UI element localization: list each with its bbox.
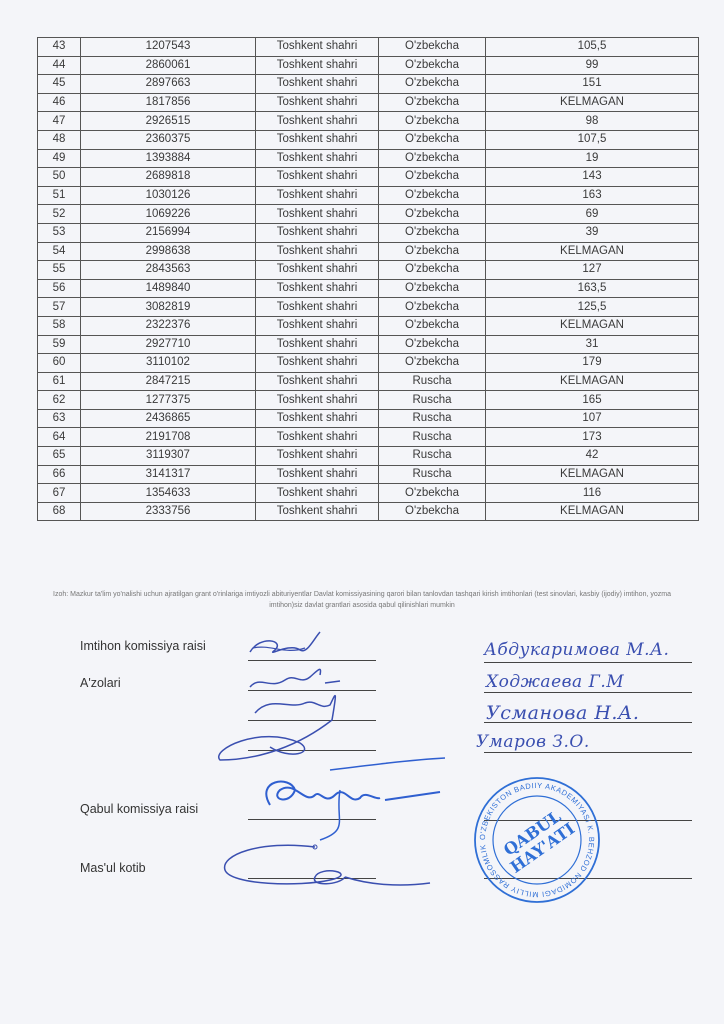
applicant-id-cell: 2322376	[81, 316, 256, 335]
applicant-id-cell: 1817856	[81, 93, 256, 112]
row-number-cell: 59	[38, 335, 81, 354]
language-cell: Ruscha	[379, 447, 486, 466]
language-cell: O'zbekcha	[379, 130, 486, 149]
row-number-cell: 57	[38, 298, 81, 317]
table-row: 542998638Toshkent shahriO'zbekchaKELMAGA…	[38, 242, 699, 261]
score-cell: 143	[486, 168, 699, 187]
region-cell: Toshkent shahri	[256, 335, 379, 354]
region-cell: Toshkent shahri	[256, 130, 379, 149]
region-cell: Toshkent shahri	[256, 93, 379, 112]
score-cell: KELMAGAN	[486, 93, 699, 112]
region-cell: Toshkent shahri	[256, 279, 379, 298]
score-cell: 127	[486, 261, 699, 280]
name-line	[484, 752, 692, 753]
region-cell: Toshkent shahri	[256, 168, 379, 187]
row-number-cell: 52	[38, 205, 81, 224]
table-row: 442860061Toshkent shahriO'zbekcha99	[38, 56, 699, 75]
language-cell: Ruscha	[379, 409, 486, 428]
region-cell: Toshkent shahri	[256, 354, 379, 373]
language-cell: O'zbekcha	[379, 279, 486, 298]
region-cell: Toshkent shahri	[256, 205, 379, 224]
score-cell: 163	[486, 186, 699, 205]
row-number-cell: 64	[38, 428, 81, 447]
language-cell: O'zbekcha	[379, 354, 486, 373]
handwritten-name: Ходжаева Г.М	[486, 672, 624, 692]
score-cell: KELMAGAN	[486, 465, 699, 484]
language-cell: O'zbekcha	[379, 168, 486, 187]
table-row: 603110102Toshkent shahriO'zbekcha179	[38, 354, 699, 373]
applicant-id-cell: 2847215	[81, 372, 256, 391]
language-cell: O'zbekcha	[379, 38, 486, 57]
language-cell: O'zbekcha	[379, 56, 486, 75]
region-cell: Toshkent shahri	[256, 261, 379, 280]
score-cell: 19	[486, 149, 699, 168]
score-cell: 179	[486, 354, 699, 373]
region-cell: Toshkent shahri	[256, 391, 379, 410]
table-row: 612847215Toshkent shahriRuschaKELMAGAN	[38, 372, 699, 391]
official-stamp: O'ZBEKISTON BADIIY AKADEMIYASI K. BEHZOD…	[472, 775, 602, 905]
score-cell: 107	[486, 409, 699, 428]
language-cell: Ruscha	[379, 372, 486, 391]
table-row: 472926515Toshkent shahriO'zbekcha98	[38, 112, 699, 131]
applicant-id-cell: 2897663	[81, 75, 256, 94]
applicant-id-cell: 2689818	[81, 168, 256, 187]
row-number-cell: 58	[38, 316, 81, 335]
row-number-cell: 55	[38, 261, 81, 280]
language-cell: O'zbekcha	[379, 186, 486, 205]
language-cell: O'zbekcha	[379, 484, 486, 503]
signature-scribble	[245, 630, 325, 665]
region-cell: Toshkent shahri	[256, 223, 379, 242]
region-cell: Toshkent shahri	[256, 112, 379, 131]
applicant-id-cell: 2436865	[81, 409, 256, 428]
region-cell: Toshkent shahri	[256, 484, 379, 503]
region-cell: Toshkent shahri	[256, 409, 379, 428]
table-row: 482360375Toshkent shahriO'zbekcha107,5	[38, 130, 699, 149]
table-row: 511030126Toshkent shahriO'zbekcha163	[38, 186, 699, 205]
region-cell: Toshkent shahri	[256, 75, 379, 94]
language-cell: O'zbekcha	[379, 149, 486, 168]
applicant-id-cell: 2843563	[81, 261, 256, 280]
score-cell: 99	[486, 56, 699, 75]
language-cell: O'zbekcha	[379, 75, 486, 94]
score-cell: 163,5	[486, 279, 699, 298]
name-line	[484, 662, 692, 663]
table-row: 642191708Toshkent shahriRuscha173	[38, 428, 699, 447]
applicant-id-cell: 1354633	[81, 484, 256, 503]
footnote: Izoh: Mazkur ta'lim yo'nalishi uchun ajr…	[40, 589, 684, 611]
region-cell: Toshkent shahri	[256, 242, 379, 261]
score-cell: 42	[486, 447, 699, 466]
language-cell: Ruscha	[379, 428, 486, 447]
row-number-cell: 63	[38, 409, 81, 428]
row-number-cell: 65	[38, 447, 81, 466]
language-cell: O'zbekcha	[379, 502, 486, 521]
language-cell: O'zbekcha	[379, 316, 486, 335]
score-cell: 105,5	[486, 38, 699, 57]
table-row: 592927710Toshkent shahriO'zbekcha31	[38, 335, 699, 354]
table-row: 663141317Toshkent shahriRuschaKELMAGAN	[38, 465, 699, 484]
score-cell: KELMAGAN	[486, 372, 699, 391]
applicant-id-cell: 1277375	[81, 391, 256, 410]
score-cell: 165	[486, 391, 699, 410]
language-cell: Ruscha	[379, 465, 486, 484]
applicant-id-cell: 2926515	[81, 112, 256, 131]
handwritten-name: Абдукаримова М.А.	[484, 640, 669, 660]
score-cell: KELMAGAN	[486, 316, 699, 335]
row-number-cell: 56	[38, 279, 81, 298]
applicant-id-cell: 2927710	[81, 335, 256, 354]
table-row: 502689818Toshkent shahriO'zbekcha143	[38, 168, 699, 187]
score-cell: 116	[486, 484, 699, 503]
signature-scribble	[240, 665, 360, 775]
language-cell: O'zbekcha	[379, 335, 486, 354]
members-label: A'zolari	[80, 676, 121, 690]
row-number-cell: 43	[38, 38, 81, 57]
table-row: 552843563Toshkent shahriO'zbekcha127	[38, 261, 699, 280]
applicant-id-cell: 2360375	[81, 130, 256, 149]
score-cell: KELMAGAN	[486, 502, 699, 521]
score-cell: 125,5	[486, 298, 699, 317]
region-cell: Toshkent shahri	[256, 38, 379, 57]
table-row: 561489840Toshkent shahriO'zbekcha163,5	[38, 279, 699, 298]
region-cell: Toshkent shahri	[256, 447, 379, 466]
applicant-id-cell: 3119307	[81, 447, 256, 466]
applicant-id-cell: 1393884	[81, 149, 256, 168]
secretary-label: Mas'ul kotib	[80, 861, 146, 875]
row-number-cell: 62	[38, 391, 81, 410]
row-number-cell: 68	[38, 502, 81, 521]
language-cell: O'zbekcha	[379, 112, 486, 131]
region-cell: Toshkent shahri	[256, 56, 379, 75]
score-cell: 39	[486, 223, 699, 242]
region-cell: Toshkent shahri	[256, 149, 379, 168]
admission-chair-label: Qabul komissiya raisi	[80, 802, 198, 816]
score-cell: 69	[486, 205, 699, 224]
applicant-id-cell: 2191708	[81, 428, 256, 447]
applicant-id-cell: 1207543	[81, 38, 256, 57]
table-row: 573082819Toshkent shahriO'zbekcha125,5	[38, 298, 699, 317]
table-row: 671354633Toshkent shahriO'zbekcha116	[38, 484, 699, 503]
region-cell: Toshkent shahri	[256, 465, 379, 484]
applicant-id-cell: 1069226	[81, 205, 256, 224]
applicant-id-cell: 1030126	[81, 186, 256, 205]
row-number-cell: 49	[38, 149, 81, 168]
language-cell: O'zbekcha	[379, 298, 486, 317]
signature-scribble	[220, 835, 440, 895]
table-row: 632436865Toshkent shahriRuscha107	[38, 409, 699, 428]
row-number-cell: 46	[38, 93, 81, 112]
row-number-cell: 51	[38, 186, 81, 205]
language-cell: Ruscha	[379, 391, 486, 410]
row-number-cell: 48	[38, 130, 81, 149]
results-table: 431207543Toshkent shahriO'zbekcha105,544…	[37, 37, 699, 521]
handwritten-name: Усманова Н.А.	[486, 702, 639, 724]
table-row: 431207543Toshkent shahriO'zbekcha105,5	[38, 38, 699, 57]
row-number-cell: 60	[38, 354, 81, 373]
region-cell: Toshkent shahri	[256, 428, 379, 447]
applicant-id-cell: 3141317	[81, 465, 256, 484]
region-cell: Toshkent shahri	[256, 502, 379, 521]
row-number-cell: 66	[38, 465, 81, 484]
score-cell: 31	[486, 335, 699, 354]
applicant-id-cell: 2333756	[81, 502, 256, 521]
applicant-id-cell: 2860061	[81, 56, 256, 75]
region-cell: Toshkent shahri	[256, 372, 379, 391]
score-cell: 173	[486, 428, 699, 447]
table-row: 452897663Toshkent shahriO'zbekcha151	[38, 75, 699, 94]
applicant-id-cell: 1489840	[81, 279, 256, 298]
exam-chair-label: Imtihon komissiya raisi	[80, 639, 206, 653]
table-row: 653119307Toshkent shahriRuscha42	[38, 447, 699, 466]
region-cell: Toshkent shahri	[256, 186, 379, 205]
applicant-id-cell: 3110102	[81, 354, 256, 373]
row-number-cell: 45	[38, 75, 81, 94]
row-number-cell: 67	[38, 484, 81, 503]
table-row: 461817856Toshkent shahriO'zbekchaKELMAGA…	[38, 93, 699, 112]
signature-scribble	[250, 760, 450, 830]
region-cell: Toshkent shahri	[256, 316, 379, 335]
table-row: 491393884Toshkent shahriO'zbekcha19	[38, 149, 699, 168]
name-line	[484, 692, 692, 693]
language-cell: O'zbekcha	[379, 93, 486, 112]
table-row: 582322376Toshkent shahriO'zbekchaKELMAGA…	[38, 316, 699, 335]
table-row: 682333756Toshkent shahriO'zbekchaKELMAGA…	[38, 502, 699, 521]
language-cell: O'zbekcha	[379, 261, 486, 280]
score-cell: 98	[486, 112, 699, 131]
document-page: 431207543Toshkent shahriO'zbekcha105,544…	[0, 0, 724, 1024]
score-cell: 151	[486, 75, 699, 94]
table-row: 532156994Toshkent shahriO'zbekcha39	[38, 223, 699, 242]
table-row: 621277375Toshkent shahriRuscha165	[38, 391, 699, 410]
language-cell: O'zbekcha	[379, 242, 486, 261]
row-number-cell: 50	[38, 168, 81, 187]
score-cell: KELMAGAN	[486, 242, 699, 261]
score-cell: 107,5	[486, 130, 699, 149]
region-cell: Toshkent shahri	[256, 298, 379, 317]
language-cell: O'zbekcha	[379, 223, 486, 242]
row-number-cell: 44	[38, 56, 81, 75]
row-number-cell: 61	[38, 372, 81, 391]
row-number-cell: 54	[38, 242, 81, 261]
handwritten-name: Умаров З.О.	[476, 732, 590, 752]
applicant-id-cell: 2998638	[81, 242, 256, 261]
row-number-cell: 53	[38, 223, 81, 242]
row-number-cell: 47	[38, 112, 81, 131]
language-cell: O'zbekcha	[379, 205, 486, 224]
applicant-id-cell: 3082819	[81, 298, 256, 317]
applicant-id-cell: 2156994	[81, 223, 256, 242]
table-row: 521069226Toshkent shahriO'zbekcha69	[38, 205, 699, 224]
